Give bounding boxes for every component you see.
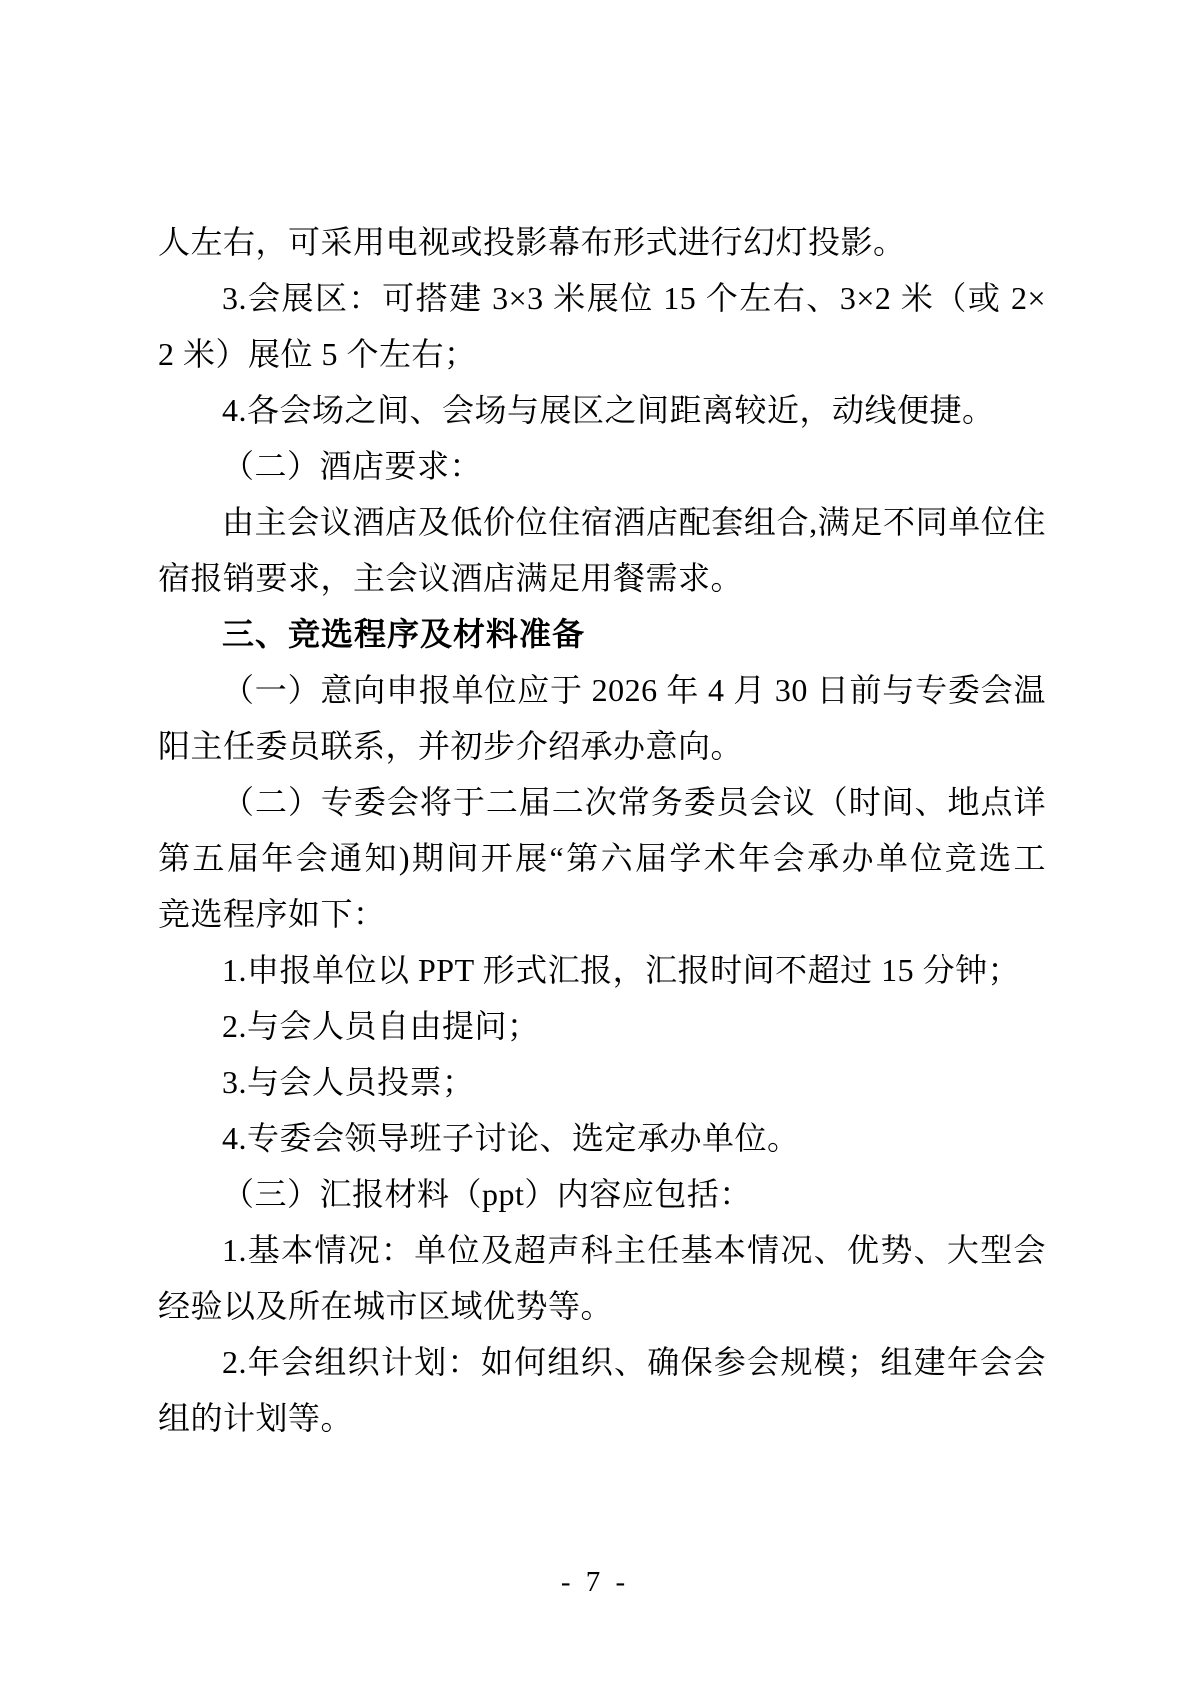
text-line: 2 米）展位 5 个左右； — [158, 326, 1046, 382]
document-body: 人左右，可采用电视或投影幕布形式进行幻灯投影。3.会展区：可搭建 3×3 米展位… — [158, 214, 1046, 1446]
page-number: - 7 - — [561, 1566, 629, 1598]
text-line: 3.与会人员投票； — [158, 1054, 1046, 1110]
text-line: 经验以及所在城市区域优势等。 — [158, 1278, 1046, 1334]
text-line: 组的计划等。 — [158, 1390, 1046, 1446]
text-line: （一）意向申报单位应于 2026 年 4 月 30 日前与专委会温朝 — [158, 662, 1046, 718]
text-line: 宿报销要求，主会议酒店满足用餐需求。 — [158, 550, 1046, 606]
text-line: 竞选程序如下： — [158, 886, 1046, 942]
text-line: 由主会议酒店及低价位住宿酒店配套组合,满足不同单位住 — [158, 494, 1046, 550]
text-line: （二）专委会将于二届二次常务委员会议（时间、地点详见 — [158, 774, 1046, 830]
text-line: 1.基本情况：单位及超声科主任基本情况、优势、大型会议 — [158, 1222, 1046, 1278]
text-line: （二）酒店要求： — [158, 438, 1046, 494]
text-line: 2.年会组织计划：如何组织、确保参会规模；组建年会会务 — [158, 1334, 1046, 1390]
text-line: 1.申报单位以 PPT 形式汇报，汇报时间不超过 15 分钟； — [158, 942, 1046, 998]
text-line: 第五届年会通知)期间开展“第六届学术年会承办单位竞选工作”， — [158, 830, 1046, 886]
text-line: 3.会展区：可搭建 3×3 米展位 15 个左右、3×2 米（或 2× — [158, 270, 1046, 326]
section-heading: 三、竞选程序及材料准备 — [158, 606, 1046, 662]
text-line: 2.与会人员自由提问； — [158, 998, 1046, 1054]
text-line: （三）汇报材料（ppt）内容应包括： — [158, 1166, 1046, 1222]
text-line: 4.专委会领导班子讨论、选定承办单位。 — [158, 1110, 1046, 1166]
text-line: 4.各会场之间、会场与展区之间距离较近，动线便捷。 — [158, 382, 1046, 438]
text-line: 阳主任委员联系，并初步介绍承办意向。 — [158, 718, 1046, 774]
text-line: 人左右，可采用电视或投影幕布形式进行幻灯投影。 — [158, 214, 1046, 270]
page-footer: - 7 - — [0, 1562, 1190, 1602]
document-page: 人左右，可采用电视或投影幕布形式进行幻灯投影。3.会展区：可搭建 3×3 米展位… — [0, 0, 1190, 1684]
